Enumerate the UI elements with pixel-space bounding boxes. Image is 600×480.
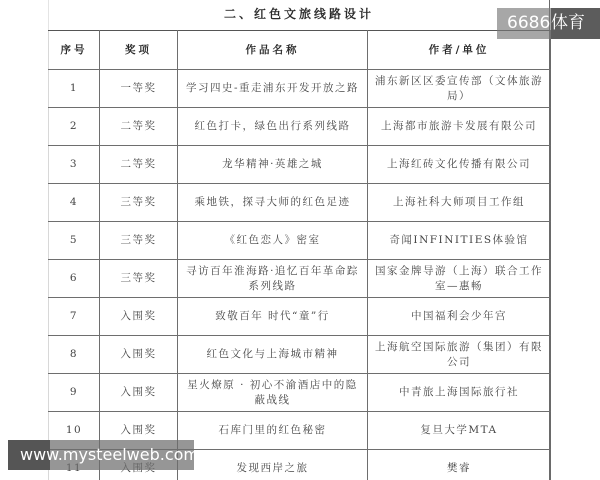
table-row: 5 三等奖 《红色恋人》密室 奇闻INFINITIES体验馆 [49,222,551,260]
cell-title: 龙华精神·英雄之城 [178,146,368,184]
cell-author: 中国福利会少年宫 [368,298,551,336]
cell-award: 入围奖 [100,336,178,374]
table-row: 6 三等奖 寻访百年淮海路·追忆百年革命踪系列线路 国家金牌导游（上海）联合工作… [49,260,551,298]
cell-title: 致敬百年 时代“童”行 [178,298,368,336]
watermark-digits: 6686 [497,8,551,39]
table-row: 7 入围奖 致敬百年 时代“童”行 中国福利会少年宫 [49,298,551,336]
cell-no: 4 [49,184,100,222]
cell-no: 8 [49,336,100,374]
cell-award: 二等奖 [100,108,178,146]
watermark-url: www.mysteelweb.com [20,440,194,470]
cell-title: 石库门里的红色秘密 [178,412,368,450]
cell-author: 浦东新区区委宣传部（文体旅游局） [368,70,551,108]
awards-table: 序号 奖项 作品名称 作者/单位 1 一等奖 学习四史-重走浦东开发开放之路 浦… [48,30,551,480]
cell-award: 二等奖 [100,146,178,184]
cell-no: 5 [49,222,100,260]
header-award: 奖项 [100,31,178,70]
cell-no: 1 [49,70,100,108]
cell-title: 学习四史-重走浦东开发开放之路 [178,70,368,108]
table-row: 4 三等奖 乘地铁，探寻大师的红色足迹 上海社科大师项目工作组 [49,184,551,222]
cell-author: 上海红砖文化传播有限公司 [368,146,551,184]
cell-award: 三等奖 [100,260,178,298]
table-row: 3 二等奖 龙华精神·英雄之城 上海红砖文化传播有限公司 [49,146,551,184]
watermark-mysteelweb: www.mysteelweb.com [8,440,194,470]
cell-title: 星火燎原 · 初心不渝酒店中的隐蔽战线 [178,374,368,412]
cell-title: 红色打卡，绿色出行系列线路 [178,108,368,146]
cell-author: 樊睿 [368,450,551,480]
cell-title: 《红色恋人》密室 [178,222,368,260]
cell-no: 3 [49,146,100,184]
table-row: 8 入围奖 红色文化与上海城市精神 上海航空国际旅游（集团）有限公司 [49,336,551,374]
cell-award: 三等奖 [100,222,178,260]
cell-title: 发现西岸之旅 [178,450,368,480]
header-title: 作品名称 [178,31,368,70]
table-header-row: 序号 奖项 作品名称 作者/单位 [49,31,551,70]
section-title: 二、红色文旅线路设计 [48,4,550,24]
cell-author: 上海都市旅游卡发展有限公司 [368,108,551,146]
cell-no: 2 [49,108,100,146]
cell-award: 三等奖 [100,184,178,222]
header-no: 序号 [49,31,100,70]
watermark-6686: 6686 体育 [497,8,600,39]
watermark-text: 体育 [551,8,600,39]
cell-title: 寻访百年淮海路·追忆百年革命踪系列线路 [178,260,368,298]
cell-author: 中青旅上海国际旅行社 [368,374,551,412]
cell-award: 入围奖 [100,298,178,336]
cell-no: 6 [49,260,100,298]
cell-award: 入围奖 [100,374,178,412]
table-row: 2 二等奖 红色打卡，绿色出行系列线路 上海都市旅游卡发展有限公司 [49,108,551,146]
cell-author: 上海航空国际旅游（集团）有限公司 [368,336,551,374]
cell-award: 一等奖 [100,70,178,108]
cell-no: 7 [49,298,100,336]
cell-author: 上海社科大师项目工作组 [368,184,551,222]
cell-title: 乘地铁，探寻大师的红色足迹 [178,184,368,222]
cell-author: 国家金牌导游（上海）联合工作室—惠畅 [368,260,551,298]
cell-no: 9 [49,374,100,412]
table-row: 1 一等奖 学习四史-重走浦东开发开放之路 浦东新区区委宣传部（文体旅游局） [49,70,551,108]
table-row: 9 入围奖 星火燎原 · 初心不渝酒店中的隐蔽战线 中青旅上海国际旅行社 [49,374,551,412]
cell-title: 红色文化与上海城市精神 [178,336,368,374]
cell-author: 复旦大学MTA [368,412,551,450]
cell-author: 奇闻INFINITIES体验馆 [368,222,551,260]
